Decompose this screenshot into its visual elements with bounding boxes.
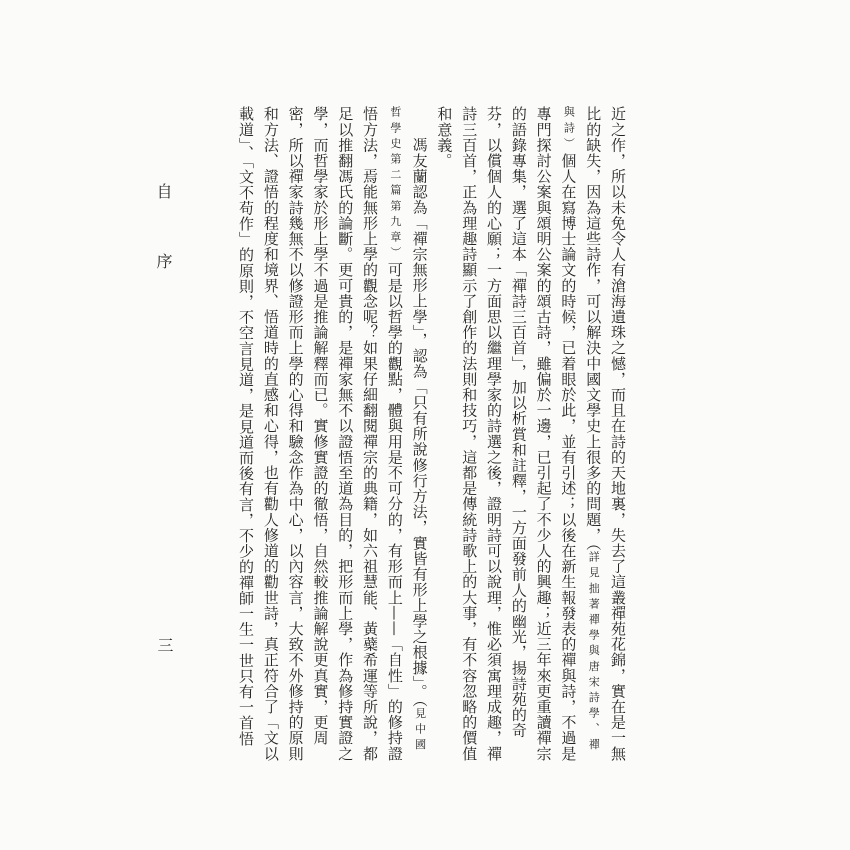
text-segment: 個人在寫博士論文的時候，已着眼於此，並有引述；以後在新生報發表的禪與詩，不過是專… [435, 106, 577, 761]
paragraph-1: 近之作，所以未免令人有滄海遺珠之憾，而且在詩的天地裏，失去了這叢禪苑花錦，實在是… [432, 106, 630, 764]
running-head-preface: 自 序 [152, 183, 175, 269]
running-head-char: 自 [154, 183, 173, 199]
book-scan-page: 自 序 近之作，所以未免令人有滄海遺珠之憾，而且在詩的天地裏，失去了這叢禪苑花錦… [0, 0, 850, 850]
page-number: 三 [153, 637, 176, 653]
running-head-char: 序 [154, 253, 173, 269]
preface-text-block: 近之作，所以未免令人有滄海遺珠之憾，而且在詩的天地裏，失去了這叢禪苑花錦，實在是… [226, 106, 630, 764]
text-segment: 可是以哲學的觀點，體與用是不可分的，有形而上——「自性」的修持證悟方法，焉能無形… [237, 106, 404, 761]
text-segment: 馮友蘭認為「禪宗無形上學」，認為「只有所說修行方法，實皆有形上學之根據」。（ [411, 137, 429, 707]
paragraph-2: 馮友蘭認為「禪宗無形上學」，認為「只有所說修行方法，實皆有形上學之根據」。（見中… [233, 106, 431, 764]
